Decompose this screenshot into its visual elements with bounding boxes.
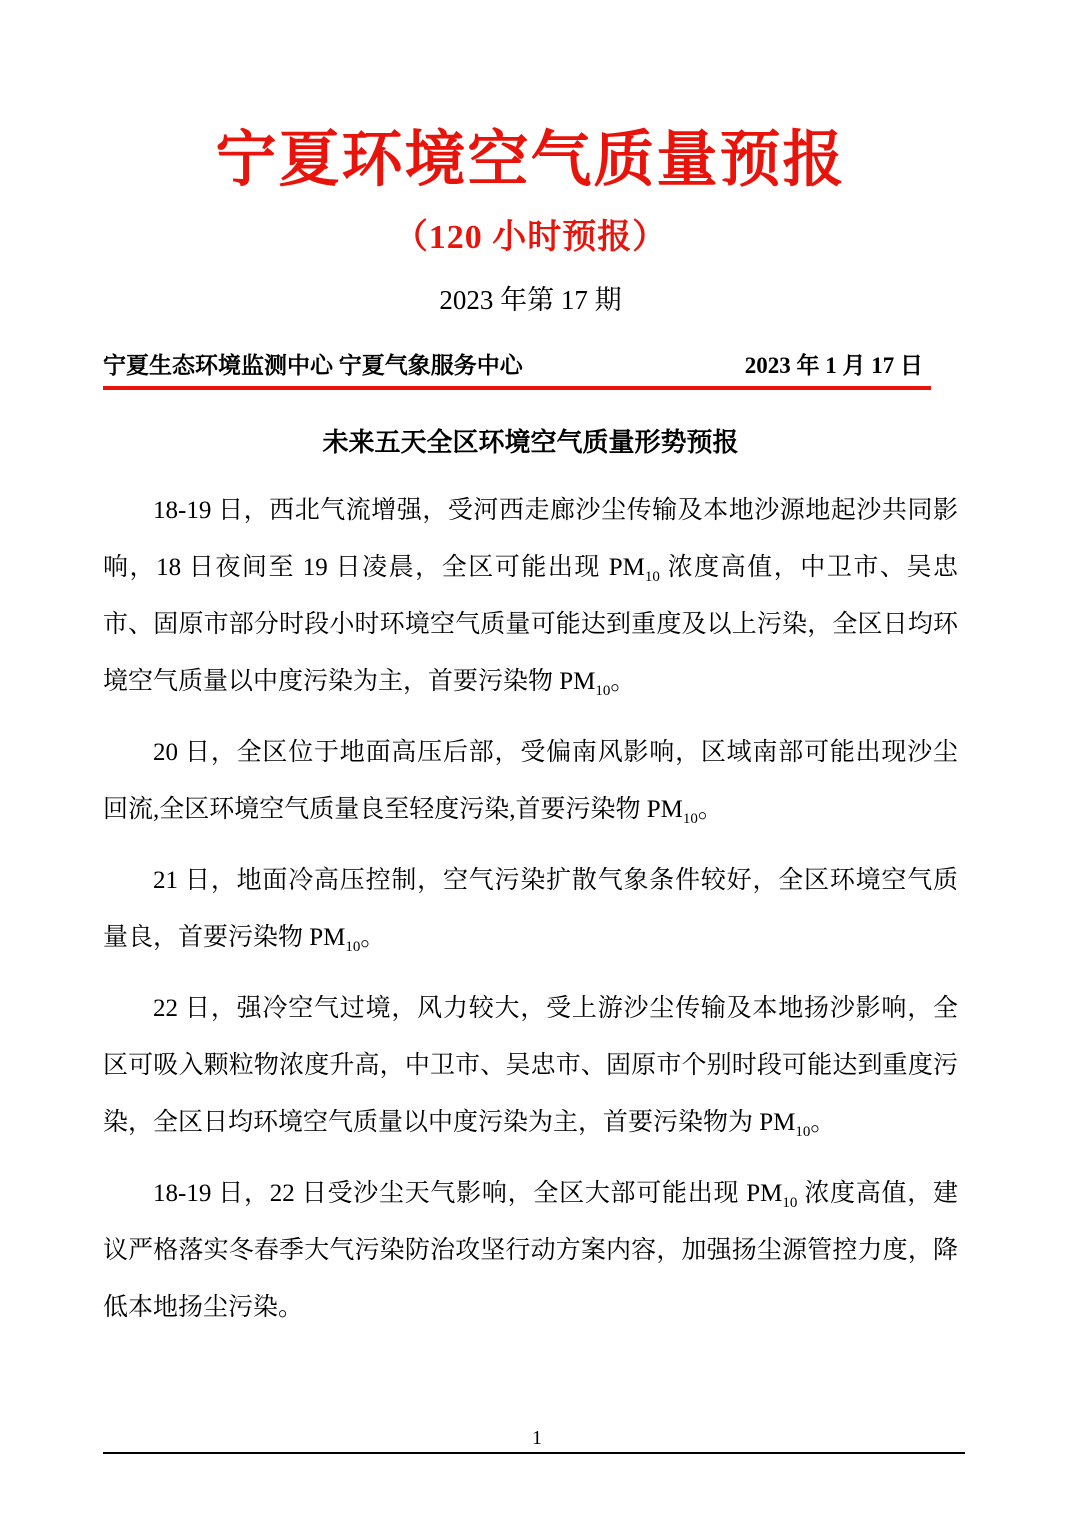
paragraph-text: 。 (698, 796, 723, 823)
pm-subscript: 10 (795, 1124, 810, 1140)
pm-subscript: 10 (782, 1195, 797, 1211)
document-title: 宁夏环境空气质量预报 (103, 130, 958, 192)
page-number: 1 (0, 1426, 1074, 1450)
pm-subscript: 10 (683, 811, 698, 827)
document-page: 宁夏环境空气质量预报 （120 小时预报） 2023 年第 17 期 宁夏生态环… (0, 0, 1074, 1520)
page-content: 宁夏环境空气质量预报 （120 小时预报） 2023 年第 17 期 宁夏生态环… (0, 130, 1074, 1336)
paragraph-text: 。 (360, 924, 385, 951)
paragraph: 22 日，强冷空气过境，风力较大，受上游沙尘传输及本地扬沙影响，全区可吸入颗粒物… (103, 980, 958, 1151)
issue-date: 2023 年 1 月 17 日 (745, 352, 923, 380)
section-heading: 未来五天全区环境空气质量形势预报 (103, 426, 958, 460)
paragraph-text: 20 日，全区位于地面高压后部，受偏南风影响，区域南部可能出现沙尘回流,全区环境… (103, 739, 958, 823)
issue-number: 2023 年第 17 期 (103, 284, 958, 316)
footer-divider (103, 1452, 965, 1454)
document-subtitle: （120 小时预报） (103, 218, 958, 258)
pm-subscript: 10 (645, 569, 660, 585)
issuer-row: 宁夏生态环境监测中心 宁夏气象服务中心 2023 年 1 月 17 日 (103, 352, 931, 380)
paragraph: 21 日，地面冷高压控制，空气污染扩散气象条件较好，全区环境空气质量良，首要污染… (103, 852, 958, 966)
paragraph-text: 18-19 日，22 日受沙尘天气影响，全区大部可能出现 PM (153, 1180, 782, 1207)
paragraph-text: 。 (610, 668, 635, 695)
paragraph-text: 。 (810, 1109, 835, 1136)
issuer-names: 宁夏生态环境监测中心 宁夏气象服务中心 (103, 352, 523, 380)
pm-subscript: 10 (595, 683, 610, 699)
pm-subscript: 10 (345, 939, 360, 955)
body-paragraphs: 18-19 日，西北气流增强，受河西走廊沙尘传输及本地沙源地起沙共同影响，18 … (103, 482, 958, 1336)
paragraph-text: 21 日，地面冷高压控制，空气污染扩散气象条件较好，全区环境空气质量良，首要污染… (103, 867, 958, 951)
header-red-divider (103, 386, 931, 390)
paragraph: 20 日，全区位于地面高压后部，受偏南风影响，区域南部可能出现沙尘回流,全区环境… (103, 724, 958, 838)
paragraph: 18-19 日，22 日受沙尘天气影响，全区大部可能出现 PM10 浓度高值，建… (103, 1165, 958, 1336)
paragraph: 18-19 日，西北气流增强，受河西走廊沙尘传输及本地沙源地起沙共同影响，18 … (103, 482, 958, 710)
